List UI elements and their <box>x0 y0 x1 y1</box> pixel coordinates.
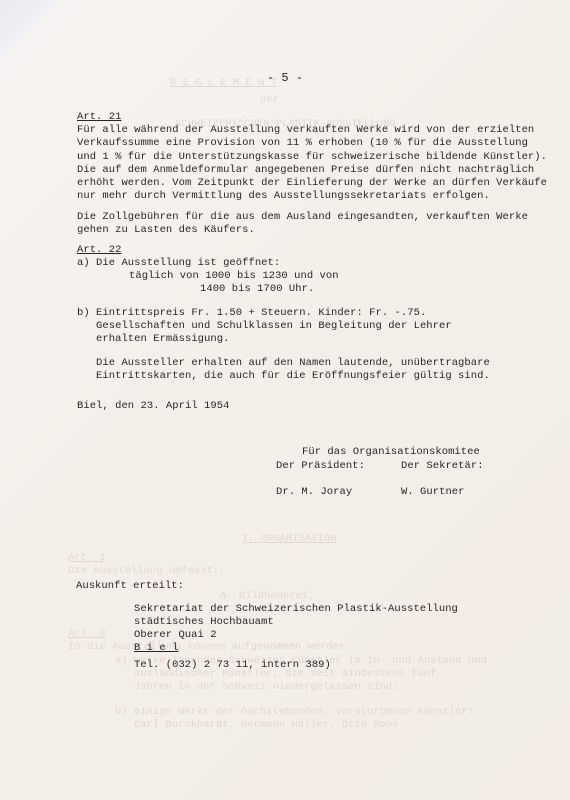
art22-exhibitor-line: Eintrittskarten, die auch für die Eröffn… <box>77 370 490 383</box>
art21-line: nur mehr durch Vermittlung des Ausstellu… <box>77 190 490 203</box>
art21-line: Verkaufssumme eine Provision von 11 % er… <box>77 137 528 150</box>
show-through-art2-b1: Carl Burckhardt, Hermann Haller, Otto Ro… <box>115 719 405 732</box>
contact-label: Auskunft erteilt: <box>76 580 184 593</box>
show-through-art2-a2: Jahren in der Schweiz niedergelassen sin… <box>115 681 399 694</box>
art21-line: Die auf dem Anmeldeformular angegebenen … <box>77 164 534 177</box>
contact-city: B i e l <box>134 642 178 655</box>
show-through-art2: Art. 2 <box>68 628 106 641</box>
art21-line: Für alle während der Ausstellung verkauf… <box>77 124 534 137</box>
show-through-art1-item: A. Bildhauerei, <box>220 590 315 603</box>
art21-customs-line: gehen zu Lasten des Käufers. <box>77 224 255 237</box>
art22-heading: Art. 22 <box>77 244 121 257</box>
art21-customs-line: Die Zollgebühren für die aus dem Ausland… <box>77 211 528 224</box>
art21-line: und 1 % für die Unterstützungskasse für … <box>77 151 547 164</box>
show-through-art2-b0: b) einige Werke der nachstehenden, verst… <box>115 706 474 719</box>
secretary-name: W. Gurtner <box>401 486 465 499</box>
art22-b-line: b) Eintrittspreis Fr. 1.50 + Steuern. Ki… <box>77 307 426 320</box>
show-through-art2-text: In die Ausstellung können aufgenommen we… <box>68 641 352 654</box>
art22-b-line: Gesellschaften und Schulklassen in Begle… <box>77 320 452 333</box>
show-through-section: I. ORGANISATION <box>242 533 337 546</box>
show-through-der: der <box>260 94 279 107</box>
date-line: Biel, den 23. April 1954 <box>77 400 229 413</box>
art22-b-line: erhalten Ermässigung. <box>77 333 229 346</box>
president-name: Dr. M. Joray <box>276 486 352 499</box>
art22-hours-2: 1400 bis 1700 Uhr. <box>200 283 314 296</box>
art22-a-line: a) Die Ausstellung ist geöffnet: <box>77 257 280 270</box>
contact-address-line: Oberer Quai 2 <box>134 629 217 642</box>
secretary-label: Der Sekretär: <box>401 460 484 473</box>
art21-heading: Art. 21 <box>77 111 121 124</box>
show-through-art1: Art. 1 <box>68 552 106 565</box>
art21-line: erhöht werden. Vom Zeitpunkt der Einlief… <box>77 177 547 190</box>
contact-phone: Tel. (032) 2 73 11, intern 389) <box>134 659 331 672</box>
show-through-art1-text: Die Ausstellung umfasst: <box>68 565 219 578</box>
page-number: - 5 - <box>0 72 570 85</box>
president-label: Der Präsident: <box>276 460 365 473</box>
art22-hours-1: täglich von 1000 bis 1230 und von <box>129 270 339 283</box>
document-page: R E G L E M E N T der SCHWEIZERISCHEN PL… <box>0 0 570 800</box>
art22-exhibitor-line: Die Aussteller erhalten auf den Namen la… <box>77 357 490 370</box>
folded-corner <box>0 0 60 60</box>
contact-address-line: Sekretariat der Schweizerischen Plastik-… <box>134 603 458 616</box>
contact-address-line: städtisches Hochbauamt <box>134 616 274 629</box>
committee-label: Für das Organisationskomitee <box>302 446 480 459</box>
